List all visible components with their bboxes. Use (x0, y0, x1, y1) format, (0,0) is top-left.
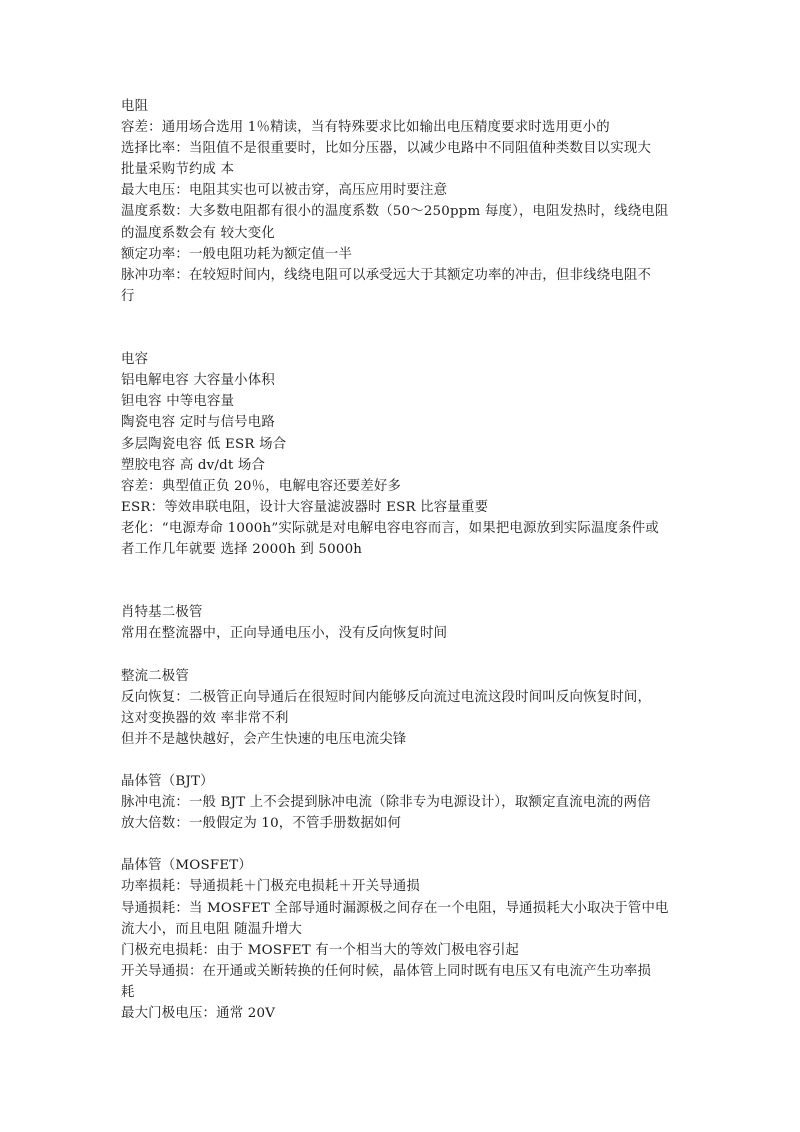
spacer (121, 328, 691, 349)
section-title-resistor: 电阻 (121, 96, 691, 117)
schottky-desc: 常用在整流器中，正向导通电压小，没有反向恢复时间 (121, 623, 691, 644)
spacer (121, 307, 691, 328)
section-title-capacitor: 电容 (121, 349, 691, 370)
mosfet-switching-loss-cont: 耗 (121, 982, 691, 1003)
capacitor-tantalum: 钽电容 中等电容量 (121, 391, 691, 412)
bjt-pulse-current: 脉冲电流：一般 BJT 上不会提到脉冲电流（除非专为电源设计），取额定直流电流的… (121, 792, 691, 813)
rectifier-note: 但并不是越快越好，会产生快速的电压电流尖锋 (121, 729, 691, 750)
spacer (121, 834, 691, 855)
mosfet-conduction-loss-cont: 流大小，而且电阻 随温升增大 (121, 919, 691, 940)
spacer (121, 644, 691, 665)
section-title-schottky: 肖特基二极管 (121, 602, 691, 623)
section-title-mosfet: 晶体管（MOSFET） (121, 855, 691, 876)
capacitor-plastic: 塑胶电容 高 dv/dt 场合 (121, 455, 691, 476)
rectifier-reverse-recovery-cont: 这对变换器的效 率非常不利 (121, 708, 691, 729)
spacer (121, 750, 691, 771)
mosfet-gate-charge-loss: 门极充电损耗：由于 MOSFET 有一个相当大的等效门极电容引起 (121, 940, 691, 961)
section-title-rectifier: 整流二极管 (121, 666, 691, 687)
resistor-ratio: 选择比率：当阻值不是很重要时，比如分压器，以减少电路中不同阻值种类数目以实现大 (121, 138, 691, 159)
capacitor-esr: ESR：等效串联电阻，设计大容量滤波器时 ESR 比容量重要 (121, 497, 691, 518)
resistor-tolerance: 容差：通用场合选用 1％精读，当有特殊要求比如输出电压精度要求时选用更小的 (121, 117, 691, 138)
resistor-rated-power: 额定功率：一般电阻功耗为额定值一半 (121, 244, 691, 265)
bjt-gain: 放大倍数：一般假定为 10，不管手册数据如何 (121, 813, 691, 834)
capacitor-aluminum: 铝电解电容 大容量小体积 (121, 370, 691, 391)
capacitor-tolerance: 容差：典型值正负 20％，电解电容还要差好多 (121, 476, 691, 497)
spacer (121, 560, 691, 581)
section-title-bjt: 晶体管（BJT） (121, 771, 691, 792)
capacitor-aging-cont: 者工作几年就要 选择 2000h 到 5000h (121, 539, 691, 560)
resistor-max-voltage: 最大电压：电阻其实也可以被击穿，高压应用时要注意 (121, 180, 691, 201)
mosfet-max-gate-voltage: 最大门极电压：通常 20V (121, 1003, 691, 1024)
capacitor-aging: 老化：“电源寿命 1000h”实际就是对电解电容电容而言，如果把电源放到实际温度… (121, 518, 691, 539)
spacer (121, 581, 691, 602)
rectifier-reverse-recovery: 反向恢复：二极管正向导通后在很短时间内能够反向流过电流这段时间叫反向恢复时间， (121, 687, 691, 708)
capacitor-ceramic: 陶瓷电容 定时与信号电路 (121, 412, 691, 433)
mosfet-power-loss: 功率损耗：导通损耗＋门极充电损耗＋开关导通损 (121, 876, 691, 897)
resistor-ratio-cont: 批量采购节约成 本 (121, 159, 691, 180)
resistor-pulse-power-cont: 行 (121, 286, 691, 307)
resistor-temp-coefficient-cont: 的温度系数会有 较大变化 (121, 223, 691, 244)
capacitor-mlcc: 多层陶瓷电容 低 ESR 场合 (121, 434, 691, 455)
resistor-pulse-power: 脉冲功率：在较短时间内，线绕电阻可以承受远大于其额定功率的冲击，但非线绕电阻不 (121, 265, 691, 286)
document-page: 电阻 容差：通用场合选用 1％精读，当有特殊要求比如输出电压精度要求时选用更小的… (121, 96, 691, 1024)
mosfet-switching-loss: 开关导通损：在开通或关断转换的任何时候，晶体管上同时既有电压又有电流产生功率损 (121, 961, 691, 982)
resistor-temp-coefficient: 温度系数：大多数电阻都有很小的温度系数（50～250ppm 每度），电阻发热时，… (121, 201, 691, 222)
mosfet-conduction-loss: 导通损耗：当 MOSFET 全部导通时漏源极之间存在一个电阻，导通损耗大小取决于… (121, 898, 691, 919)
